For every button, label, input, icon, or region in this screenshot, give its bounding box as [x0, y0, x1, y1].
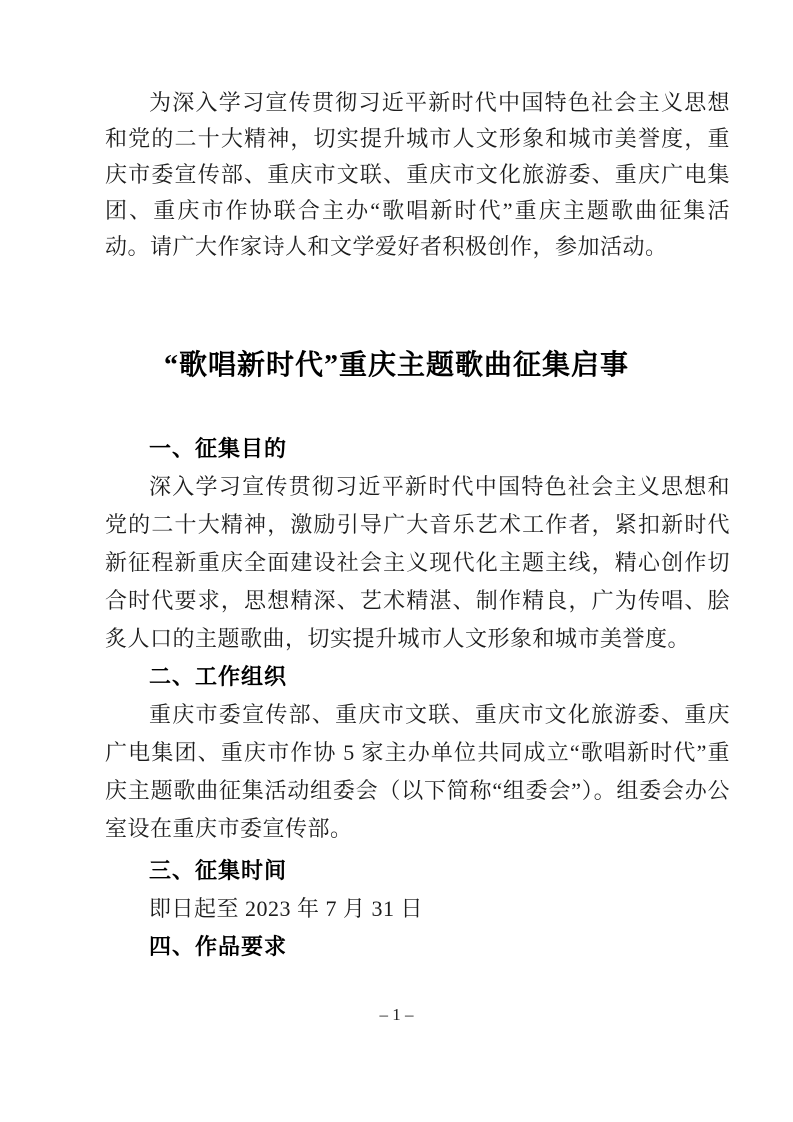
section-heading-4-work-requirements: 四、作品要求	[105, 928, 730, 966]
sections-container: 一、征集目的 深入学习宣传贯彻习近平新时代中国特色社会主义思想和党的二十大精神，…	[105, 430, 730, 966]
section-body-2-work-organization: 重庆市委宣传部、重庆市文联、重庆市文化旅游委、重庆广电集团、重庆市作协 5 家主…	[105, 696, 730, 848]
document-title: “歌唱新时代”重庆主题歌曲征集启事	[0, 345, 793, 387]
section-body-1-collection-purpose: 深入学习宣传贯彻习近平新时代中国特色社会主义思想和党的二十大精神，激励引导广大音…	[105, 468, 730, 658]
intro-paragraph: 为深入学习宣传贯彻习近平新时代中国特色社会主义思想和党的二十大精神，切实提升城市…	[105, 85, 730, 265]
page-number: – 1 –	[0, 996, 793, 1034]
section-body-3-collection-period: 即日起至 2023 年 7 月 31 日	[105, 890, 730, 928]
section-heading-2-work-organization: 二、工作组织	[105, 658, 730, 696]
section-heading-1-collection-purpose: 一、征集目的	[105, 430, 730, 468]
document-page: 为深入学习宣传贯彻习近平新时代中国特色社会主义思想和党的二十大精神，切实提升城市…	[0, 0, 793, 1122]
section-heading-3-collection-period: 三、征集时间	[105, 852, 730, 890]
